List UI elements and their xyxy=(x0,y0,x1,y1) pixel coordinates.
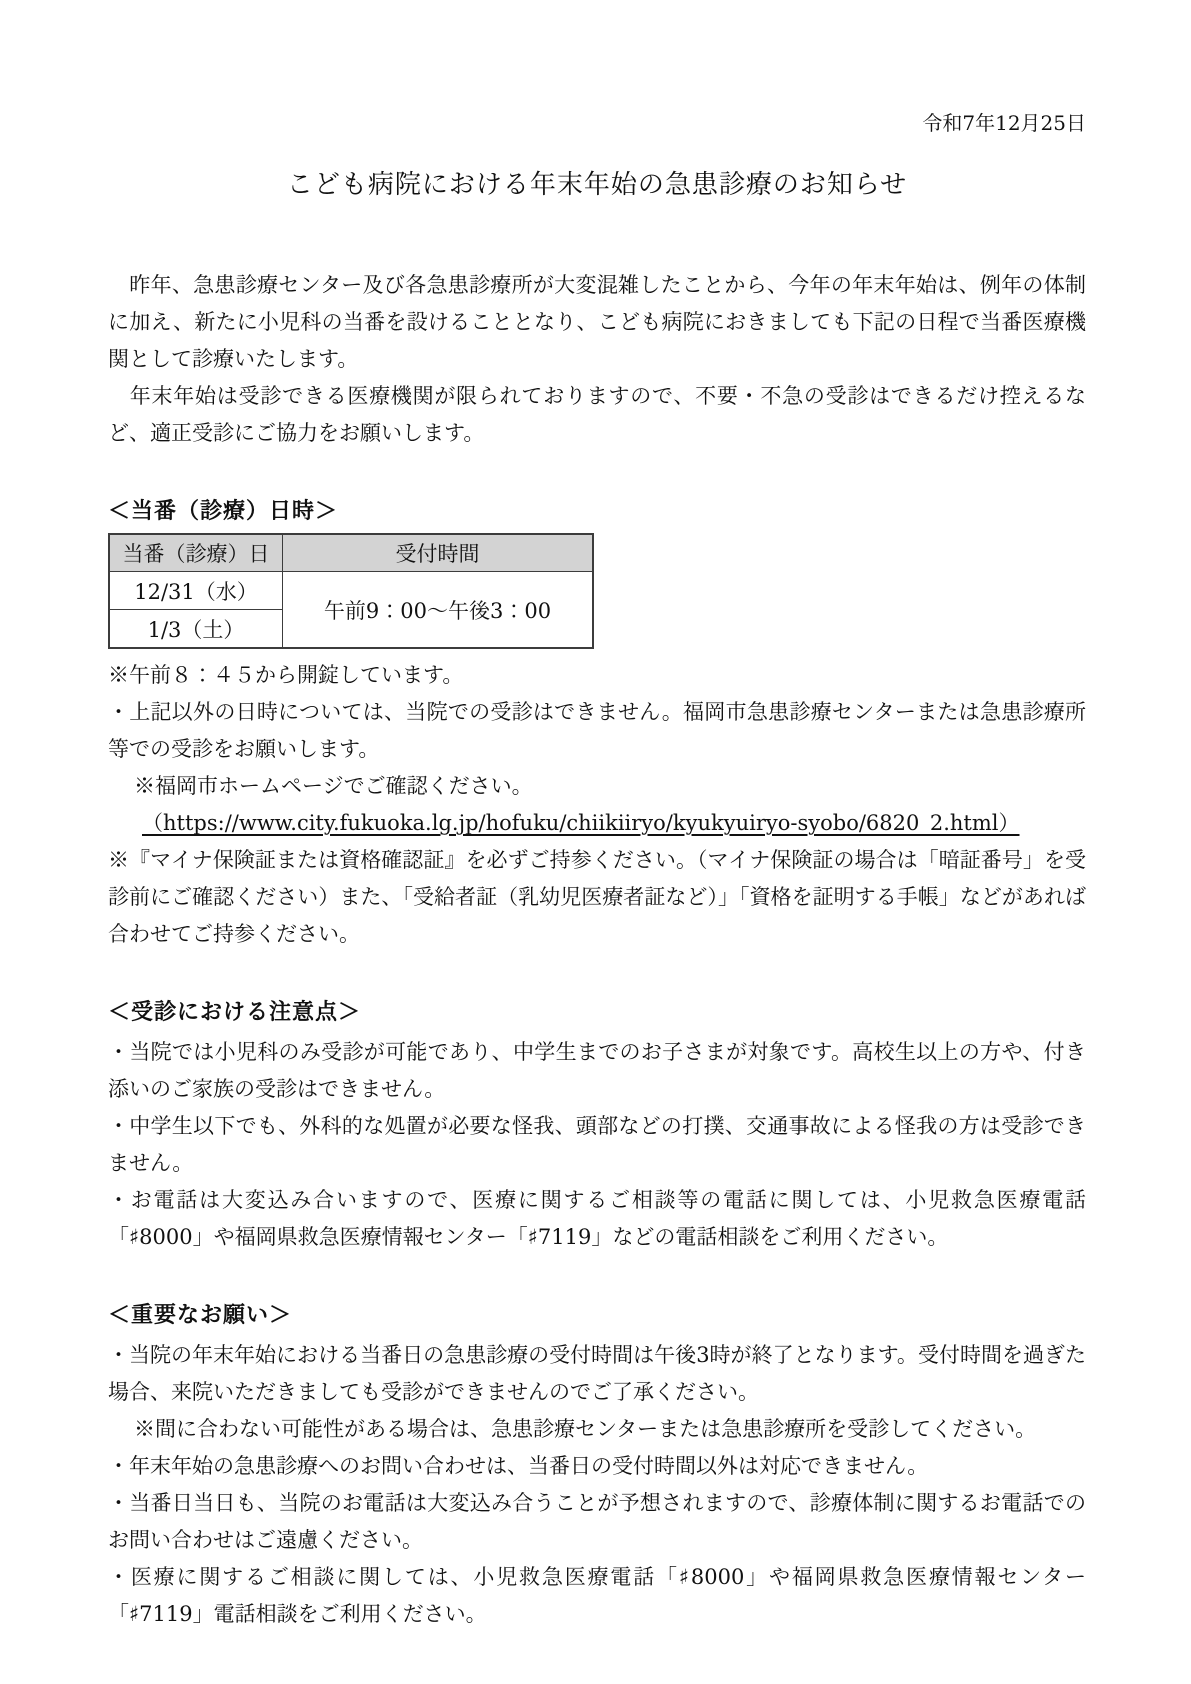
reception-hours-cell: 午前9：00～午後3：00 xyxy=(283,572,594,649)
schedule-section: ＜当番（診療）日時＞ 当番（診療）日 受付時間 12/31（水） 午前9：00～… xyxy=(108,494,1086,953)
intro-section: 昨年、急患診療センター及び各急患診療所が大変混雑したことから、今年の年末年始は、… xyxy=(108,267,1086,452)
important-item-3: ・年末年始の急患診療へのお問い合わせは、当番日の受付時間以外は対応できません。 xyxy=(108,1448,1086,1485)
schedule-table: 当番（診療）日 受付時間 12/31（水） 午前9：00～午後3：00 1/3（… xyxy=(108,533,594,649)
note-homepage: ※福岡市ホームページでご確認ください。 xyxy=(108,768,1086,805)
important-item-5: ・医療に関するご相談に関しては、小児救急医療電話「♯8000」や福岡県救急医療情… xyxy=(108,1559,1086,1633)
document-page: 令和7年12月25日 こども病院における年末年始の急患診療のお知らせ 昨年、急患… xyxy=(0,0,1191,1684)
precautions-heading: ＜受診における注意点＞ xyxy=(108,995,1086,1026)
document-title: こども病院における年末年始の急患診療のお知らせ xyxy=(108,164,1086,201)
note-unlock-time: ※午前８：４５から開錠しています。 xyxy=(108,657,1086,694)
intro-paragraph-1: 昨年、急患診療センター及び各急患診療所が大変混雑したことから、今年の年末年始は、… xyxy=(108,267,1086,378)
intro-paragraph-2: 年末年始は受診できる医療機関が限られておりますので、不要・不急の受診はできるだけ… xyxy=(108,378,1086,452)
important-item-1: ・当院の年末年始における当番日の急患診療の受付時間は午後3時が終了となります。受… xyxy=(108,1337,1086,1411)
table-header-reception-hours: 受付時間 xyxy=(283,534,594,572)
duty-date-cell-1: 12/31（水） xyxy=(109,572,283,610)
important-item-4: ・当番日当日も、当院のお電話は大変込み合うことが予想されますので、診療体制に関す… xyxy=(108,1485,1086,1559)
precaution-item-2: ・中学生以下でも、外科的な処置が必要な怪我、頭部などの打撲、交通事故による怪我の… xyxy=(108,1108,1086,1182)
document-date: 令和7年12月25日 xyxy=(108,108,1086,138)
note-insurance-card: ※『マイナ保険証または資格確認証』を必ずご持参ください。（マイナ保険証の場合は「… xyxy=(108,842,1086,953)
important-heading: ＜重要なお願い＞ xyxy=(108,1298,1086,1329)
fukuoka-city-url[interactable]: （https://www.city.fukuoka.lg.jp/hofuku/c… xyxy=(142,811,1020,835)
precaution-item-1: ・当院では小児科のみ受診が可能であり、中学生までのお子さまが対象です。高校生以上… xyxy=(108,1034,1086,1108)
schedule-table-row-1: 12/31（水） 午前9：00～午後3：00 xyxy=(109,572,593,610)
url-line: （https://www.city.fukuoka.lg.jp/hofuku/c… xyxy=(108,805,1086,842)
important-section: ＜重要なお願い＞ ・当院の年末年始における当番日の急患診療の受付時間は午後3時が… xyxy=(108,1298,1086,1633)
precaution-item-3: ・お電話は大変込み合いますので、医療に関するご相談等の電話に関しては、小児救急医… xyxy=(108,1182,1086,1256)
note-other-times: ・上記以外の日時については、当院での受診はできません。福岡市急患診療センターまた… xyxy=(108,694,1086,768)
precautions-section: ＜受診における注意点＞ ・当院では小児科のみ受診が可能であり、中学生までのお子さ… xyxy=(108,995,1086,1256)
important-item-2: ※間に合わない可能性がある場合は、急患診療センターまたは急患診療所を受診してくだ… xyxy=(108,1411,1086,1448)
schedule-heading: ＜当番（診療）日時＞ xyxy=(108,494,1086,525)
table-header-duty-date: 当番（診療）日 xyxy=(109,534,283,572)
duty-date-cell-2: 1/3（土） xyxy=(109,610,283,649)
schedule-table-header-row: 当番（診療）日 受付時間 xyxy=(109,534,593,572)
